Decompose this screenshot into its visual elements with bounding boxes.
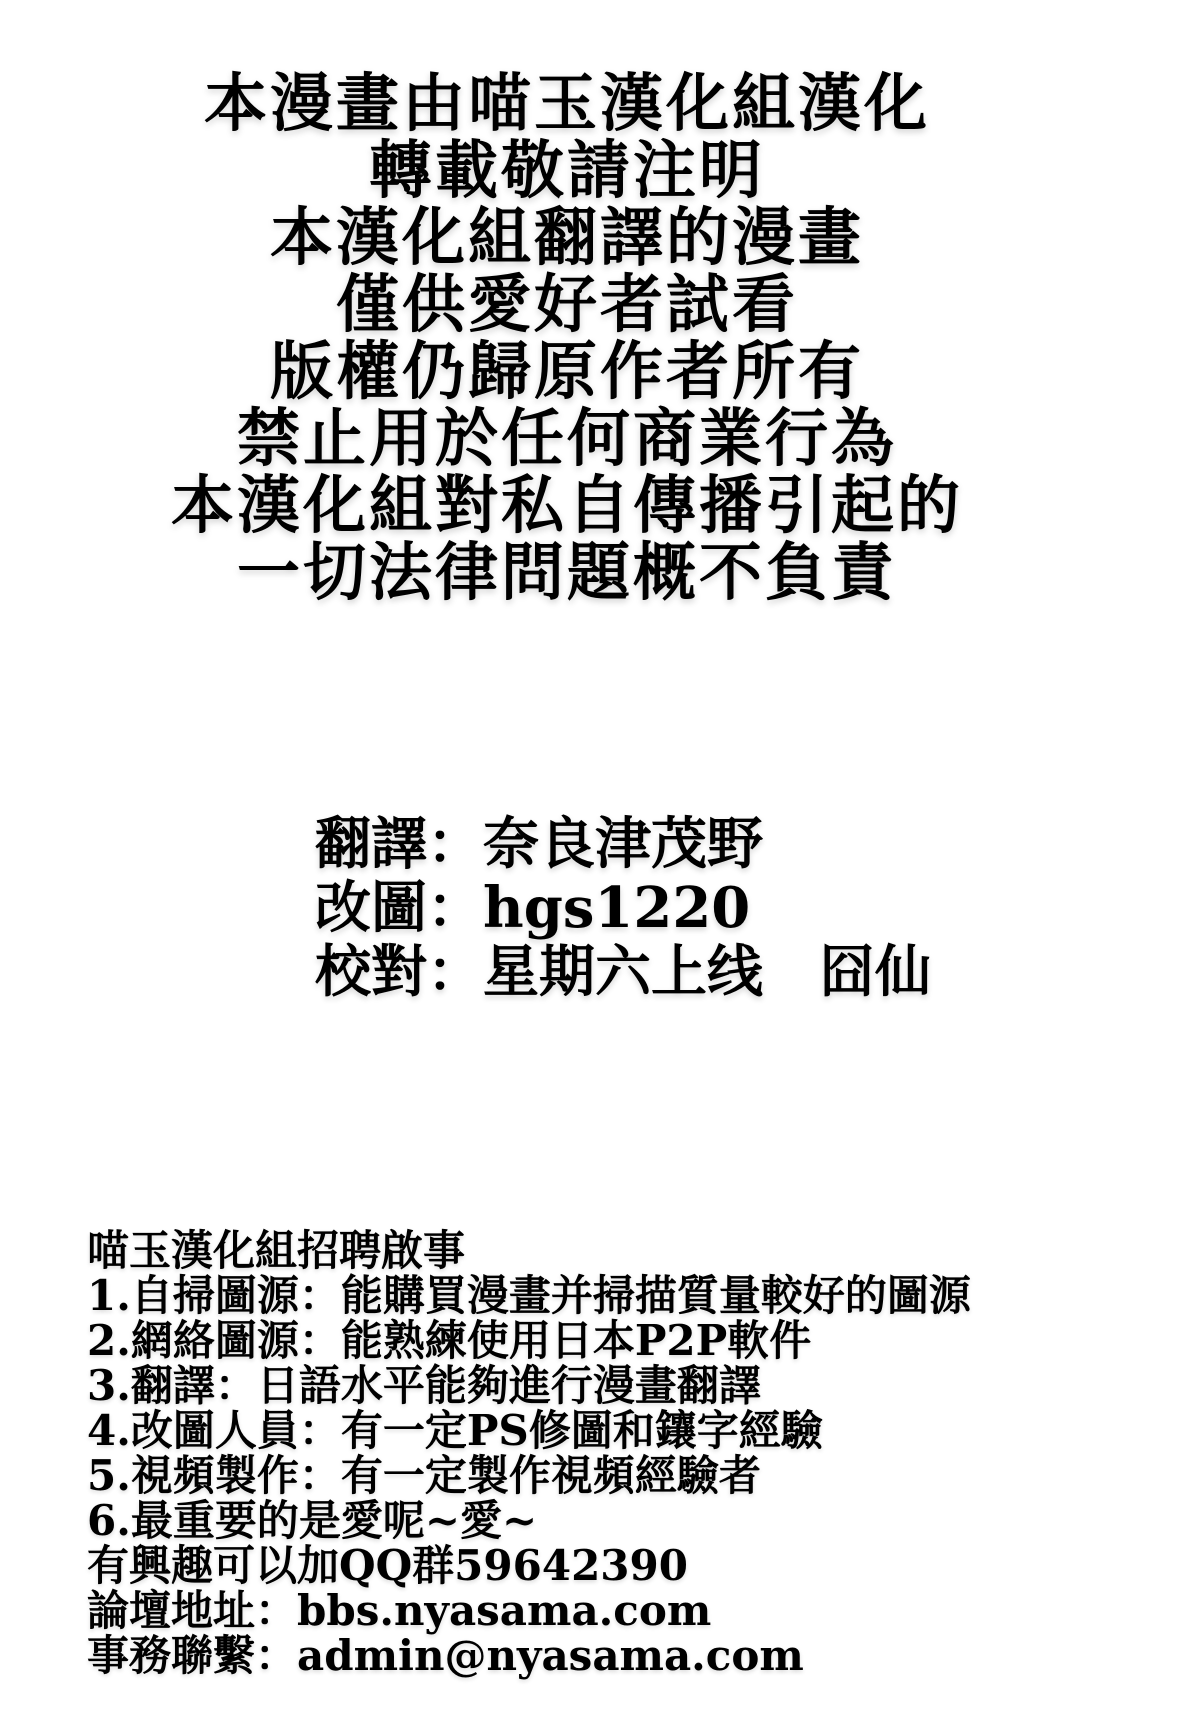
recruitment-item-forum-url: 論壇地址：bbs.nyasama.com: [87, 1588, 971, 1633]
disclaimer-line: 本漫畫由喵玉漢化組漢化: [0, 70, 1134, 137]
recruitment-item: 1.自掃圖源：能購買漫畫并掃描質量較好的圖源: [87, 1273, 971, 1318]
credit-line-proofreader: 校對：星期六上线 囧仙: [315, 940, 931, 1004]
disclaimer-line: 轉載敬請注明: [0, 137, 1134, 204]
recruitment-item: 3.翻譯：日語水平能夠進行漫畫翻譯: [87, 1363, 971, 1408]
disclaimer-line: 本漢化組對私自傳播引起的: [0, 472, 1134, 539]
recruitment-title: 喵玉漢化組招聘啟事: [87, 1228, 971, 1273]
credit-line-translator: 翻譯：奈良津茂野: [315, 812, 931, 876]
credit-line-editor: 改圖：hgs1220: [315, 876, 931, 940]
recruitment-item: 5.視頻製作：有一定製作視頻經驗者: [87, 1453, 971, 1498]
recruitment-item-contact-email: 事務聯繫：admin@nyasama.com: [87, 1633, 971, 1678]
recruitment-item-qq-group: 有興趣可以加QQ群59642390: [87, 1543, 971, 1588]
recruitment-item: 2.網絡圖源：能熟練使用日本P2P軟件: [87, 1318, 971, 1363]
disclaimer-line: 禁止用於任何商業行為: [0, 405, 1134, 472]
disclaimer-line: 版權仍歸原作者所有: [0, 338, 1134, 405]
disclaimer-block: 本漫畫由喵玉漢化組漢化 轉載敬請注明 本漢化組翻譯的漫畫 僅供愛好者試看 版權仍…: [0, 70, 1134, 606]
recruitment-block: 喵玉漢化組招聘啟事 1.自掃圖源：能購買漫畫并掃描質量較好的圖源 2.網絡圖源：…: [87, 1228, 971, 1678]
recruitment-item: 4.改圖人員：有一定PS修圖和鑲字經驗: [87, 1408, 971, 1453]
recruitment-item: 6.最重要的是愛呢~愛~: [87, 1498, 971, 1543]
disclaimer-line: 本漢化組翻譯的漫畫: [0, 204, 1134, 271]
disclaimer-line: 僅供愛好者試看: [0, 271, 1134, 338]
scanlation-credits-page: 本漫畫由喵玉漢化組漢化 轉載敬請注明 本漢化組翻譯的漫畫 僅供愛好者試看 版權仍…: [0, 0, 1200, 1723]
disclaimer-line: 一切法律問題概不負責: [0, 539, 1134, 606]
staff-credits-block: 翻譯：奈良津茂野 改圖：hgs1220 校對：星期六上线 囧仙: [315, 812, 931, 1004]
